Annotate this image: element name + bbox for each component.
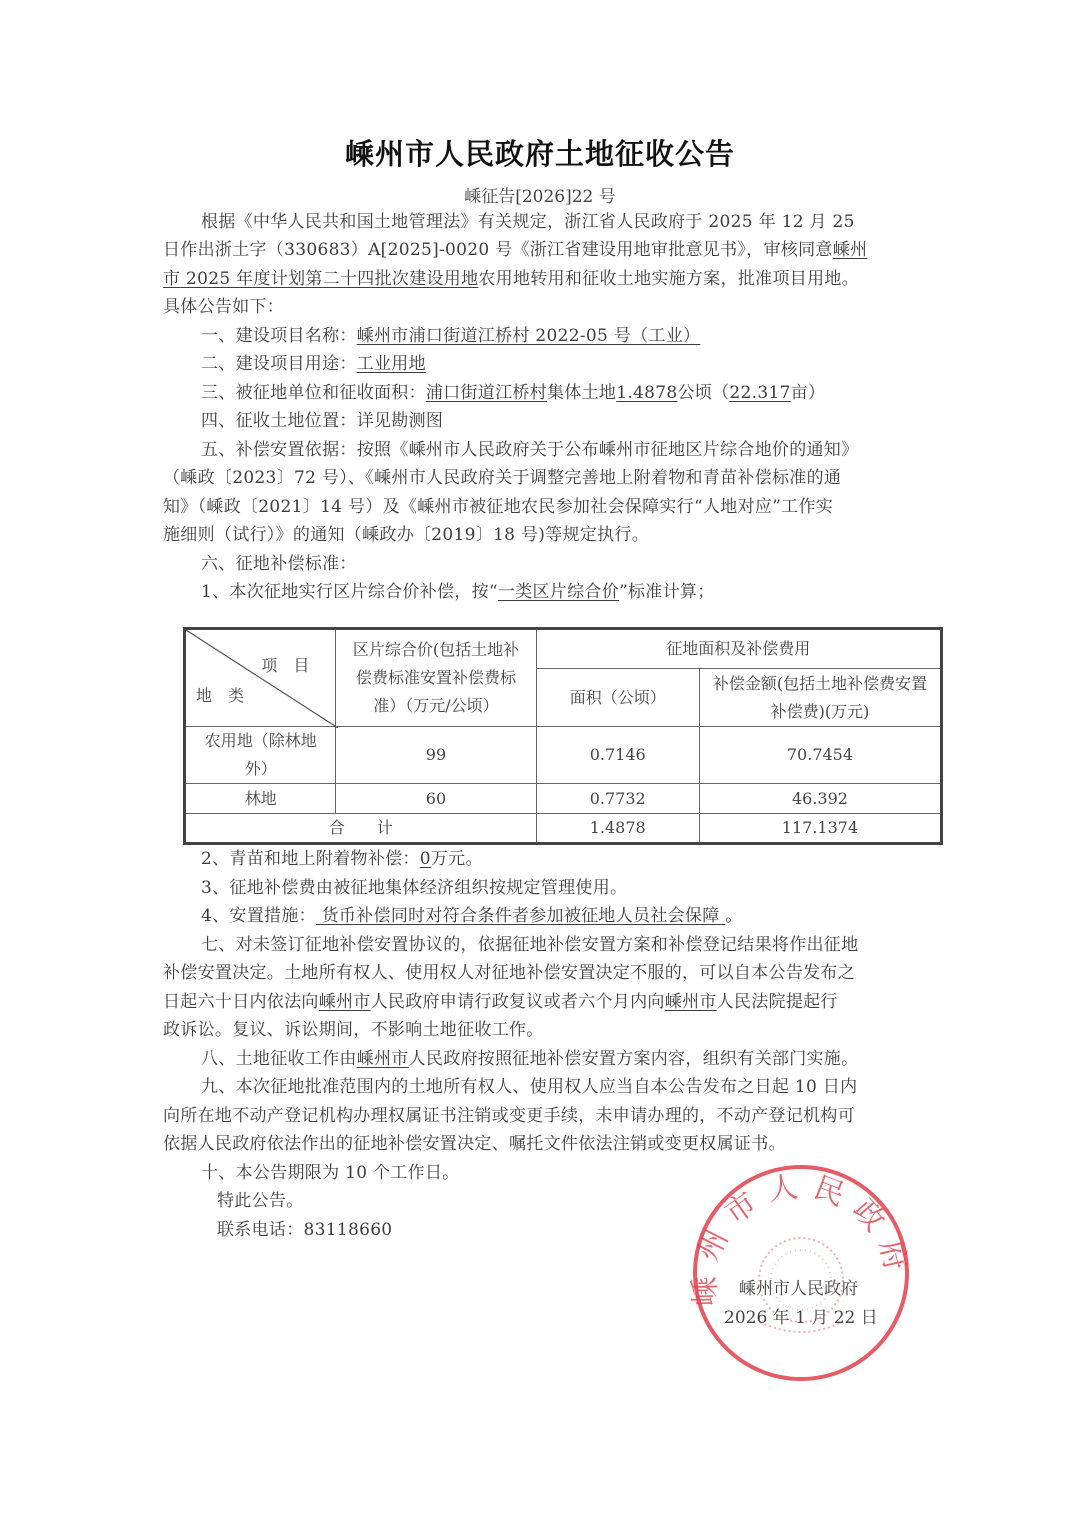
col-header-price: 区片综合价(包括土地补偿费标准安置补偿费标准）（万元/公顷） xyxy=(336,629,536,727)
item-crops-compensation: 2、青苗和地上附着物补偿：0万元。 xyxy=(163,845,919,873)
intro-line-2: 日作出浙土字（330683）A[2025]-0020 号《浙江省建设用地审批意见… xyxy=(163,236,919,264)
official-seal-icon: 嵊州市人民政府 xyxy=(690,1162,912,1384)
item-basis-4: 施细则（试行）》的通知（嵊政办〔2019〕18 号)等规定执行。 xyxy=(163,521,919,549)
intro-line-4: 具体公告如下： xyxy=(163,293,919,321)
item-nine-3: 依据人民政府依法作出的征地补偿安置决定、嘱托文件依法注销或变更权属证书。 xyxy=(163,1130,919,1158)
item-basis-1: 五、补偿安置依据：按照《嵊州市人民政府关于公布嵊州市征地区片综合地价的通知》 xyxy=(163,436,919,464)
item-basis-2: （嵊政〔2023〕72 号）、《嵊州市人民政府关于调整完善地上附着物和青苗补偿标… xyxy=(163,464,919,492)
item-standard-1: 1、本次征地实行区片综合价补偿，按“一类区片综合价”标准计算； xyxy=(163,578,919,606)
item-nine-2: 向所在地不动产登记机构办理权属证书注销或变更手续，未申请办理的，不动产登记机构可 xyxy=(163,1102,919,1130)
table-total-row: 合 计 1.4878 117.1374 xyxy=(185,814,942,844)
item-seven-2: 补偿安置决定。土地所有权人、使用权人对征地补偿安置决定不服的，可以自本公告发布之 xyxy=(163,959,919,987)
table-row: 林地 60 0.7732 46.392 xyxy=(185,784,942,814)
intro-line-3: 市 2025 年度计划第二十四批次建设用地农用地转用和征收土地实施方案，批准项目… xyxy=(163,265,919,293)
notice-page: 嵊州市人民政府土地征收公告 嵊征告[2026]22 号 根据《中华人民共和国土地… xyxy=(0,0,1080,1527)
item-project-name: 一、建设项目名称：嵊州市浦口街道江桥村 2022-05 号（工业） xyxy=(163,322,919,350)
item-nine-1: 九、本次征地批准范围内的土地所有权人、使用权人应当自本公告发布之日起 10 日内 xyxy=(163,1073,919,1101)
item-standard: 六、征地补偿标准： xyxy=(163,550,919,578)
item-fee-management: 3、征地补偿费由被征地集体经济组织按规定管理使用。 xyxy=(163,874,919,902)
intro-line-1: 根据《中华人民共和国土地管理法》有关规定，浙江省人民政府于 2025 年 12 … xyxy=(163,208,919,236)
item-seven-3: 日起六十日内依法向嵊州市人民政府申请行政复议或者六个月内向嵊州市人民法院提起行 xyxy=(163,988,919,1016)
compensation-table: 项 目 地 类 区片综合价(包括土地补偿费标准安置补偿费标准）（万元/公顷） 征… xyxy=(183,627,943,845)
page-title: 嵊州市人民政府土地征收公告 xyxy=(0,132,1080,173)
item-eight: 八、土地征收工作由嵊州市人民政府按照征地补偿安置方案内容，组织有关部门实施。 xyxy=(163,1045,919,1073)
col-header-amount: 补偿金额(包括土地补偿费安置补偿费)(万元) xyxy=(699,669,941,727)
col-header-area: 面积（公顷） xyxy=(536,669,699,727)
item-seven-4: 政诉讼。复议、诉讼期间，不影响土地征收工作。 xyxy=(163,1016,919,1044)
col-header-group: 征地面积及补偿费用 xyxy=(536,629,941,669)
item-location: 四、征收土地位置：详见勘测图 xyxy=(163,407,919,435)
signature-date: 2026 年 1 月 22 日 xyxy=(724,1303,878,1328)
document-number: 嵊征告[2026]22 号 xyxy=(0,182,1080,207)
item-basis-3: 知》（嵊政〔2021〕14 号）及《嵊州市被征地农民参加社会保障实行“人地对应”… xyxy=(163,493,919,521)
item-project-use: 二、建设项目用途：工业用地 xyxy=(163,350,919,378)
table-corner-header: 项 目 地 类 xyxy=(185,629,336,727)
item-land-area: 三、被征地单位和征收面积：浦口街道江桥村集体土地1.4878公顷（22.317亩… xyxy=(163,379,919,407)
signature-org: 嵊州市人民政府 xyxy=(739,1274,858,1299)
table-row: 农用地（除林地外） 99 0.7146 70.7454 xyxy=(185,727,942,784)
item-seven-1: 七、对未签订征地补偿安置协议的，依据征地补偿安置方案和补偿登记结果将作出征地 xyxy=(163,931,919,959)
item-resettlement: 4、安置措施： 货币补偿同时对符合条件者参加被征地人员社会保障 。 xyxy=(163,902,919,930)
